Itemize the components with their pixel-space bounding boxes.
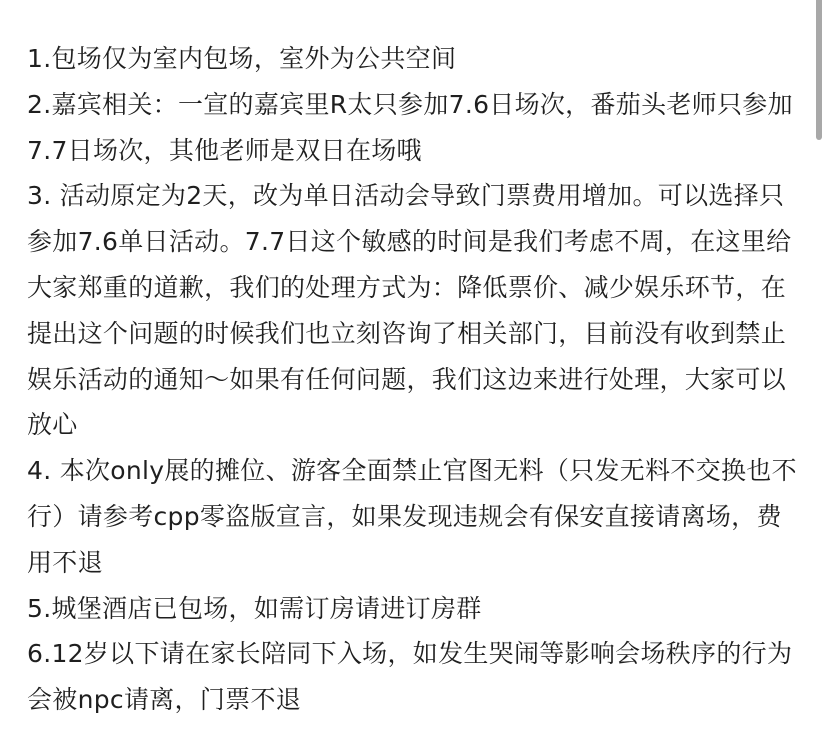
rule-item-5: 5.城堡酒店已包场，如需订房请进订房群 — [27, 586, 802, 632]
rule-item-6: 6.12岁以下请在家长陪同下入场，如发生哭闹等影响会场秩序的行为会被npc请离，… — [27, 631, 802, 723]
rule-item-1: 1.包场仅为室内包场，室外为公共空间 — [27, 36, 802, 82]
scrollbar-thumb[interactable] — [816, 0, 822, 140]
rule-item-4: 4. 本次only展的摊位、游客全面禁止官图无料（只发无料不交换也不行）请参考c… — [27, 448, 802, 585]
document-body: 1.包场仅为室内包场，室外为公共空间 2.嘉宾相关：一宣的嘉宾里R太只参加7.6… — [27, 36, 802, 723]
rule-item-2: 2.嘉宾相关：一宣的嘉宾里R太只参加7.6日场次，番茄头老师只参加7.7日场次，… — [27, 82, 802, 174]
rule-item-3: 3. 活动原定为2天，改为单日活动会导致门票费用增加。可以选择只参加7.6单日活… — [27, 173, 802, 448]
